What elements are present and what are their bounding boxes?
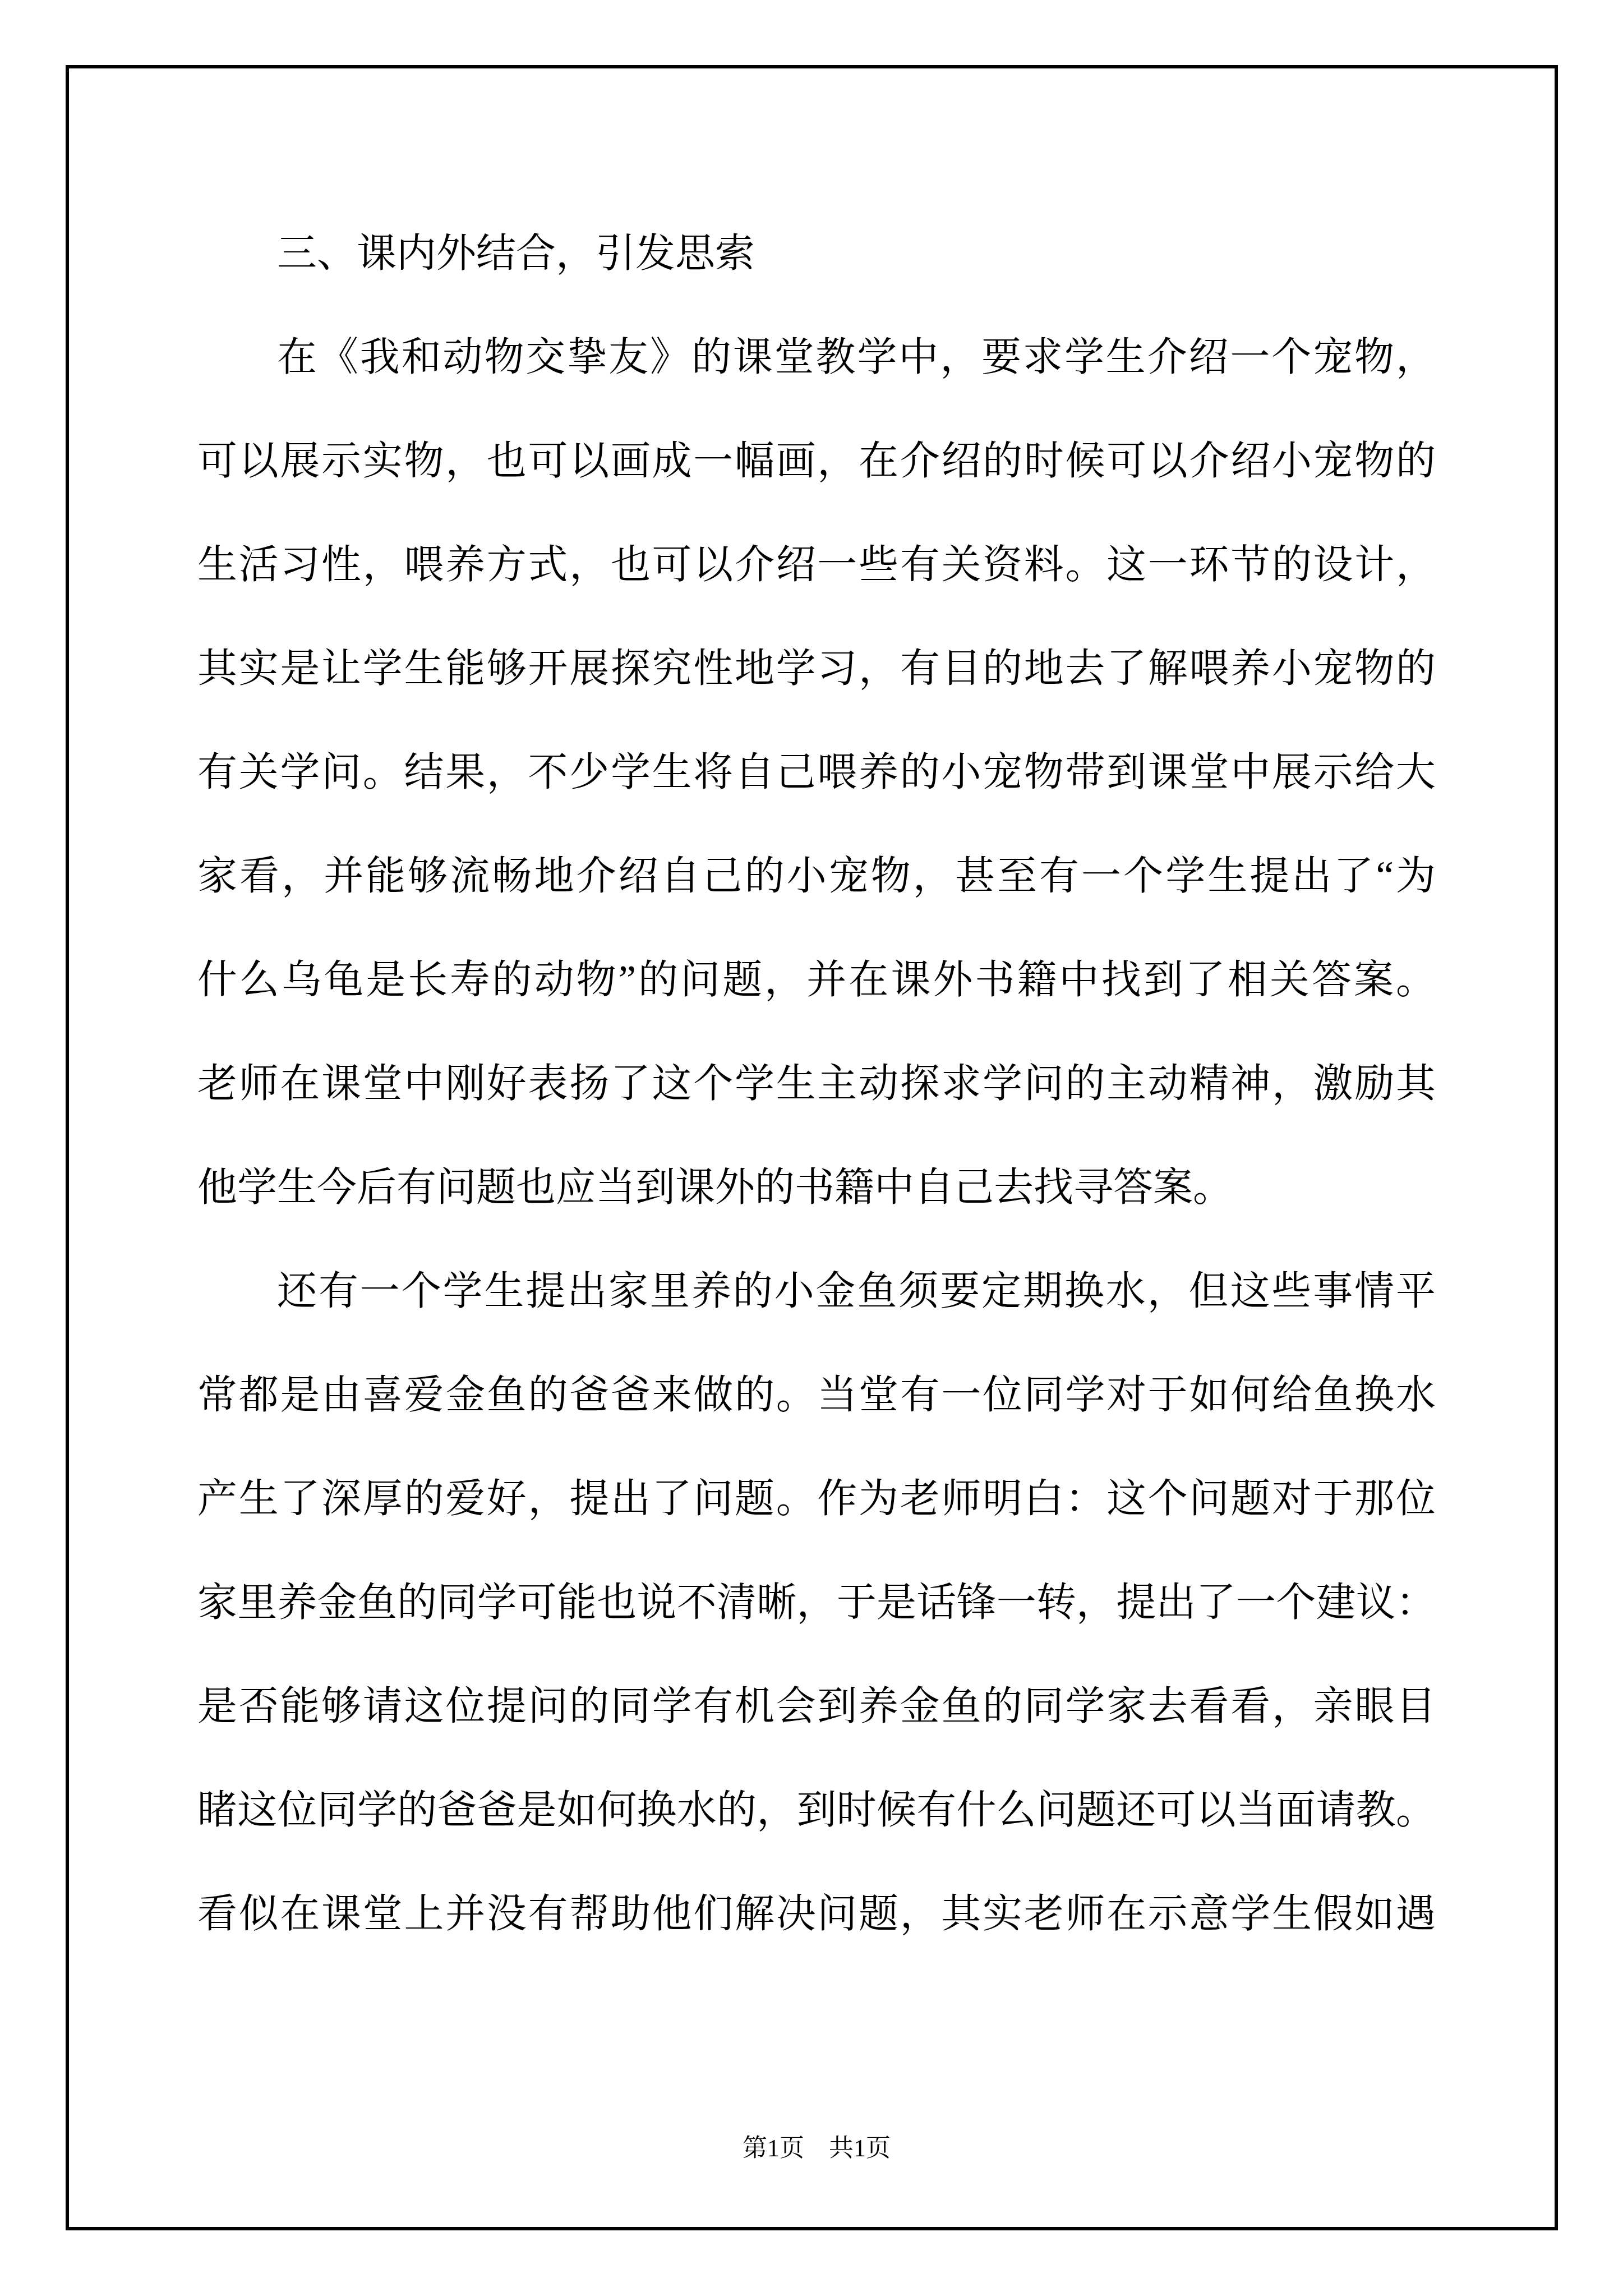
text-line: 家看，并能够流畅地介绍自己的小宠物，甚至有一个学生提出了“为 (197, 825, 1436, 928)
text-line: 还有一个学生提出家里养的小金鱼须要定期换水，但这些事情平 (197, 1240, 1436, 1343)
page-total-label: 共1页 (829, 2134, 891, 2162)
text-line: 在《我和动物交挚友》的课堂教学中，要求学生介绍一个宠物， (197, 306, 1436, 409)
page-footer: 第1页共1页 (197, 2129, 1436, 2168)
text-line: 可以展示实物，也可以画成一幅画，在介绍的时候可以介绍小宠物的 (197, 409, 1436, 513)
text-line: 老师在课堂中刚好表扬了这个学生主动探求学问的主动精神，激励其 (197, 1032, 1436, 1136)
text-line: 是否能够请这位提问的同学有机会到养金鱼的同学家去看看，亲眼目 (197, 1655, 1436, 1759)
text-line: 什么乌龟是长寿的动物”的问题，并在课外书籍中找到了相关答案。 (197, 928, 1436, 1032)
document-content: 三、课内外结合，引发思索 在《我和动物交挚友》的课堂教学中，要求学生介绍一个宠物… (197, 202, 1436, 1966)
text-line: 看似在课堂上并没有帮助他们解决问题，其实老师在示意学生假如遇 (197, 1862, 1436, 1966)
text-line: 家里养金鱼的同学可能也说不清晰，于是话锋一转，提出了一个建议： (197, 1551, 1436, 1655)
text-line: 有关学问。结果，不少学生将自己喂养的小宠物带到课堂中展示给大 (197, 721, 1436, 825)
text-line: 生活习性，喂养方式，也可以介绍一些有关资料。这一环节的设计， (197, 513, 1436, 617)
text-line: 常都是由喜爱金鱼的爸爸来做的。当堂有一位同学对于如何给鱼换水 (197, 1343, 1436, 1447)
text-line: 产生了深厚的爱好，提出了问题。作为老师明白：这个问题对于那位 (197, 1447, 1436, 1551)
paragraphs-container: 在《我和动物交挚友》的课堂教学中，要求学生介绍一个宠物，可以展示实物，也可以画成… (197, 306, 1436, 1966)
text-line: 其实是让学生能够开展探究性地学习，有目的地去了解喂养小宠物的 (197, 617, 1436, 721)
text-line: 睹这位同学的爸爸是如何换水的，到时候有什么问题还可以当面请教。 (197, 1759, 1436, 1862)
text-line: 他学生今后有问题也应当到课外的书籍中自己去找寻答案。 (197, 1136, 1436, 1240)
page-number-label: 第1页 (743, 2134, 804, 2162)
section-heading: 三、课内外结合，引发思索 (197, 202, 1436, 306)
